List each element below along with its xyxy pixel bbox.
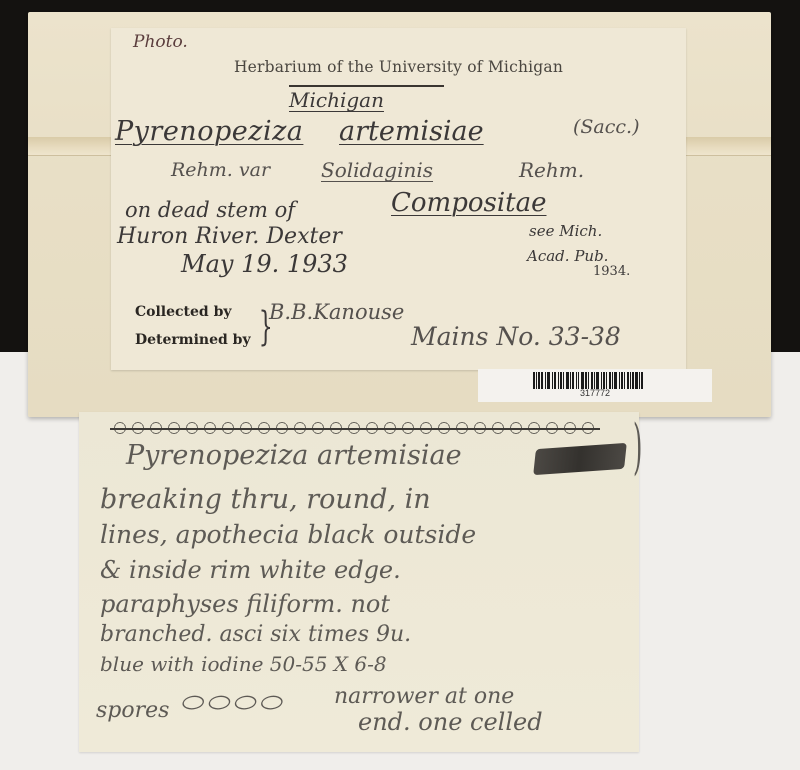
collector-name: B.B.Kanouse [269, 300, 404, 324]
note-line-3: lines, apothecia black outside [100, 520, 476, 549]
spore-sketches: ⬭⬭⬭⬭ [180, 688, 285, 719]
taxon-variety: Solidaginis [321, 158, 433, 182]
reference-line2: Acad. Pub. [527, 247, 608, 265]
reference-line1: see Mich. [529, 222, 602, 240]
collection-date: May 19. 1933 [181, 250, 348, 278]
note-line-7: blue with iodine 50-55 X 6-8 [100, 652, 387, 676]
collected-by-label: Collected by [135, 304, 232, 320]
taxon-author: (Sacc.) [573, 116, 640, 138]
photo-annotation: Photo. [133, 32, 188, 52]
note-bracket: ) [633, 412, 642, 482]
note-line-2: breaking thru, round, in [100, 484, 431, 515]
note-line-8: spores [96, 698, 169, 723]
taxon-epithet: artemisiae [339, 116, 484, 147]
barcode-label: 317772 [478, 369, 712, 402]
note-line-10: end. one celled [358, 708, 543, 736]
note-line-9: narrower at one [334, 684, 514, 709]
note-line-6: branched. asci six times 9u. [100, 622, 411, 647]
substrate-host: Compositae [391, 188, 547, 218]
substrate-prefix: on dead stem of [125, 198, 295, 222]
barcode-bars [533, 372, 655, 389]
label-header: Herbarium of the University of Michigan [111, 58, 686, 76]
determined-by-label: Determined by [135, 332, 251, 348]
note-line-4: & inside rim white edge. [100, 556, 401, 584]
reference-year: 1934. [593, 264, 630, 279]
header-rule [289, 85, 444, 87]
note-line-5: paraphyses filiform. not [100, 590, 390, 618]
note-line-1: Pyrenopeziza artemisiae [126, 440, 462, 471]
state-name: Michigan [289, 88, 384, 112]
strike-line [110, 428, 600, 430]
specimen-number: Mains No. 33-38 [411, 322, 621, 351]
taxon-rank-line: Rehm. var [171, 159, 270, 181]
herbarium-label: Photo. Herbarium of the University of Mi… [111, 28, 686, 370]
locality: Huron River. Dexter [117, 224, 342, 249]
variety-author: Rehm. [519, 158, 584, 182]
taxon-genus: Pyrenopeziza [115, 116, 303, 147]
barcode-number: 317772 [478, 388, 712, 398]
